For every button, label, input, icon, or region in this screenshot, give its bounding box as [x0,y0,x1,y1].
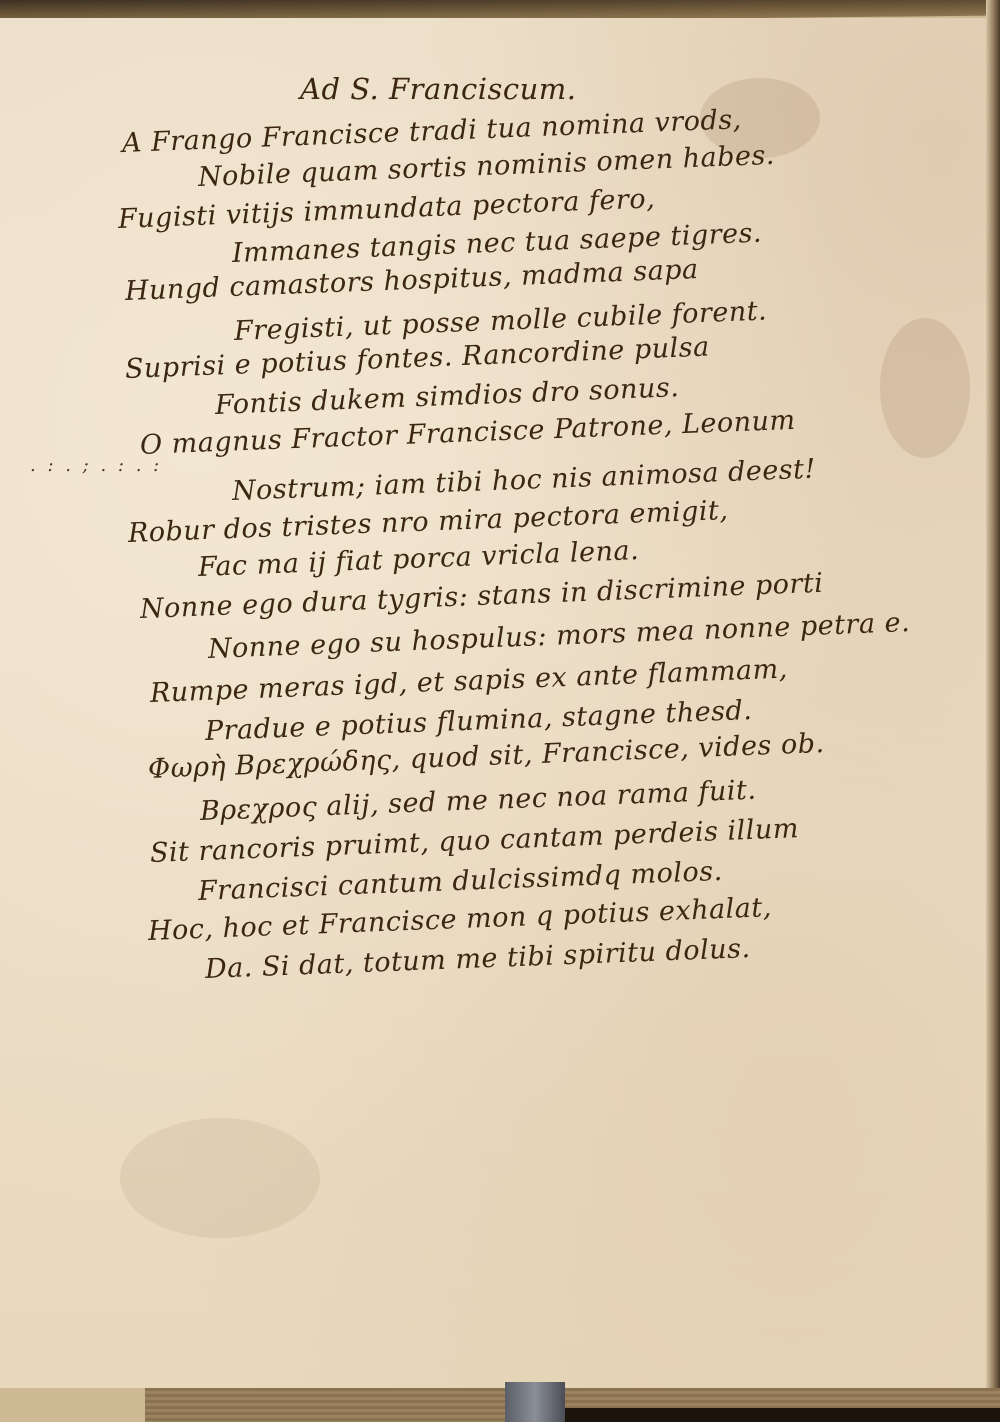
poem-title: Ad S. Franciscum. [300,72,576,106]
manuscript-text: Ad S. Franciscum. A Frango Francisce tra… [0,0,1000,1422]
poem-line-11: Robur dos tristes nro mira pectora emigi… [127,495,729,549]
poem-line-10: Nostrum; iam tibi hoc nis animosa deest! [231,454,816,507]
